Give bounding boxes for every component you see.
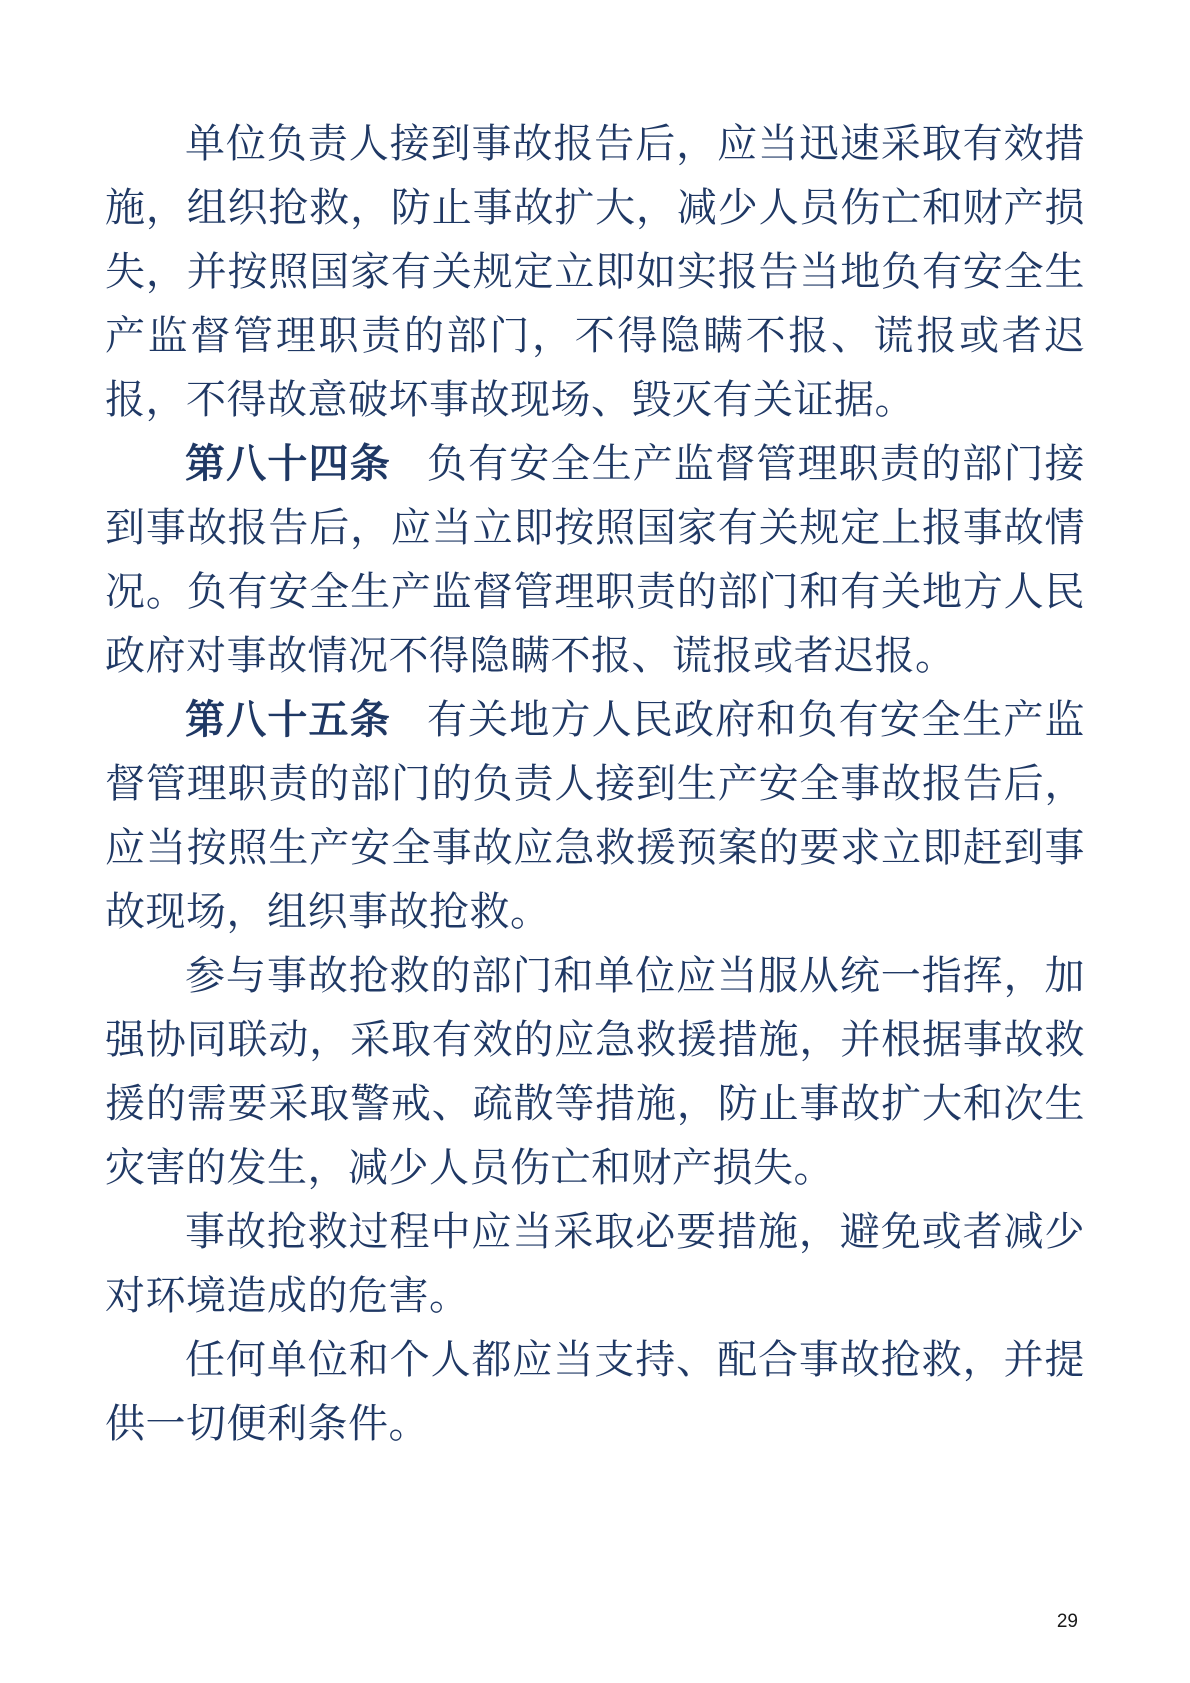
paragraph: 任何单位和个人都应当支持、配合事故抢救，并提供一切便利条件。 [105, 1328, 1085, 1456]
page-number: 29 [1057, 1611, 1078, 1633]
paragraph: 参与事故抢救的部门和单位应当服从统一指挥，加强协同联动，采取有效的应急救援措施，… [105, 944, 1085, 1200]
paragraph-text: 参与事故抢救的部门和单位应当服从统一指挥，加强协同联动，采取有效的应急救援措施，… [105, 953, 1085, 1190]
paragraph-text: 任何单位和个人都应当支持、配合事故抢救，并提供一切便利条件。 [105, 1337, 1085, 1446]
text-block: 单位负责人接到事故报告后，应当迅速采取有效措施，组织抢救，防止事故扩大，减少人员… [105, 112, 1085, 1456]
paragraph: 事故抢救过程中应当采取必要措施，避免或者减少对环境造成的危害。 [105, 1200, 1085, 1328]
article-number: 第八十五条 [185, 698, 391, 742]
paragraph-article-85: 第八十五条有关地方人民政府和负有安全生产监督管理职责的部门的负责人接到生产安全事… [105, 688, 1085, 944]
paragraph-article-84: 第八十四条负有安全生产监督管理职责的部门接到事故报告后，应当立即按照国家有关规定… [105, 432, 1085, 688]
article-number: 第八十四条 [185, 442, 391, 486]
paragraph-text: 事故抢救过程中应当采取必要措施，避免或者减少对环境造成的危害。 [105, 1209, 1085, 1318]
paragraph-text: 单位负责人接到事故报告后，应当迅速采取有效措施，组织抢救，防止事故扩大，减少人员… [105, 121, 1085, 422]
document-page: 单位负责人接到事故报告后，应当迅速采取有效措施，组织抢救，防止事故扩大，减少人员… [0, 0, 1190, 1683]
paragraph: 单位负责人接到事故报告后，应当迅速采取有效措施，组织抢救，防止事故扩大，减少人员… [105, 112, 1085, 432]
